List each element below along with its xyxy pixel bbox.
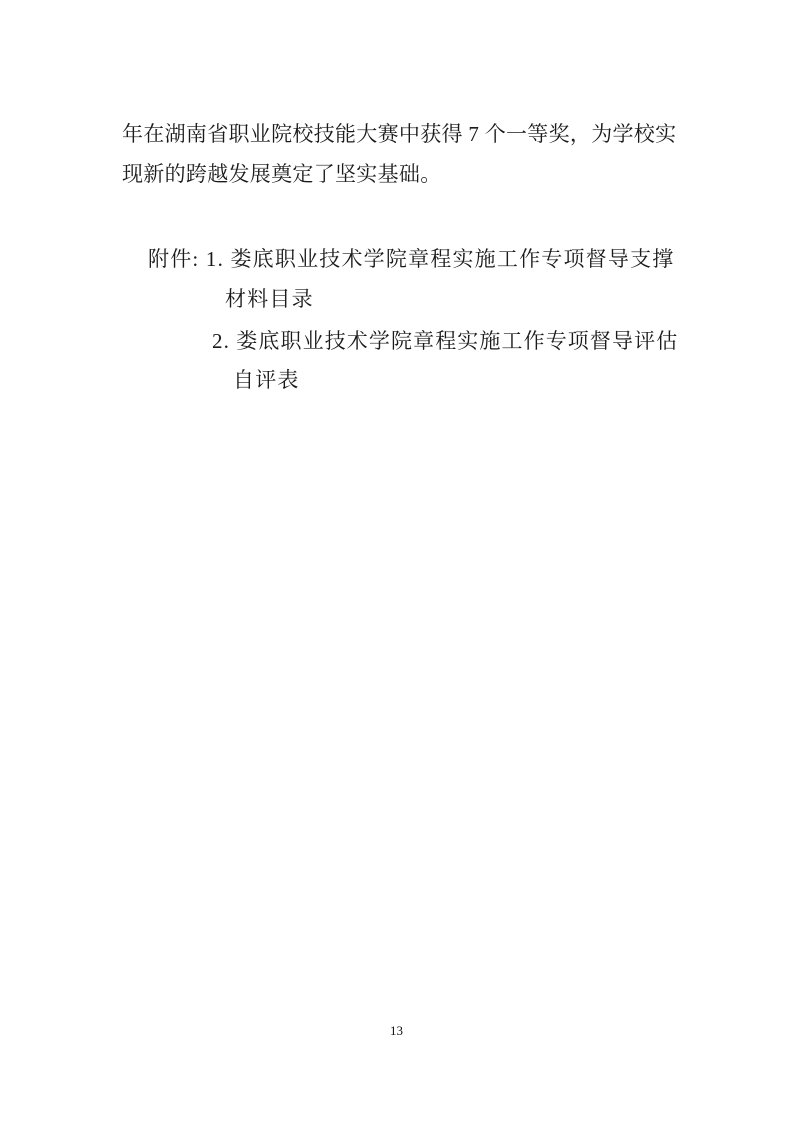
body-paragraph-line: 现新的跨越发展奠定了坚实基础。 [122, 164, 442, 185]
page-number: 13 [0, 1024, 793, 1037]
document-page: 年在湖南省职业院校技能大赛中获得 7 个一等奖，为学校实 现新的跨越发展奠定了坚… [0, 0, 793, 1122]
attachment-list-line: 2. 娄底职业技术学院章程实施工作专项督导评估 [212, 331, 678, 352]
attachment-list-line: 材料目录 [225, 289, 314, 310]
attachment-list-line: 附件: 1. 娄底职业技术学院章程实施工作专项督导支撑 [148, 249, 674, 270]
attachment-list-line: 自评表 [233, 370, 300, 391]
body-paragraph-line: 年在湖南省职业院校技能大赛中获得 7 个一等奖，为学校实 [122, 124, 676, 145]
